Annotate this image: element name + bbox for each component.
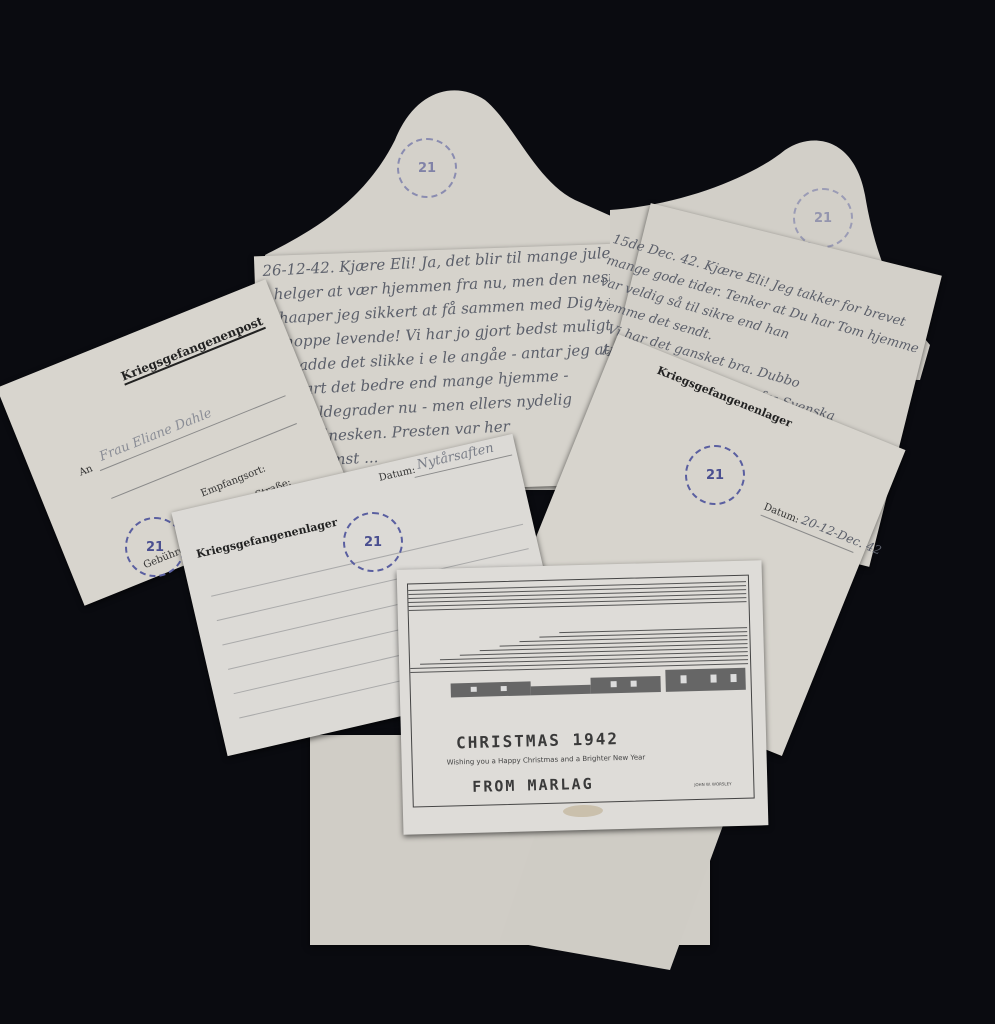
camp-illustration <box>408 576 749 710</box>
christmas-card-from: FROM MARLAG <box>472 775 594 796</box>
christmas-card: CHRISTMAS 1942 Wishing you a Happy Chris… <box>397 560 769 834</box>
kriegsgefangenenlager-right-stamp: 21 <box>685 445 745 505</box>
photo-scene: 21 26-12-42. Kjære Eli! Ja, det blir til… <box>0 0 995 1024</box>
envelope-right-stamp: 21 <box>793 188 853 248</box>
envelope-left-stamp: 21 <box>397 138 457 198</box>
stain <box>563 805 603 818</box>
kriegsgefangenenlager-center-stamp: 21 <box>343 512 403 572</box>
artist-signature: JOHN W. WORSLEY <box>694 781 731 787</box>
bottom-letter-corner <box>500 820 730 980</box>
